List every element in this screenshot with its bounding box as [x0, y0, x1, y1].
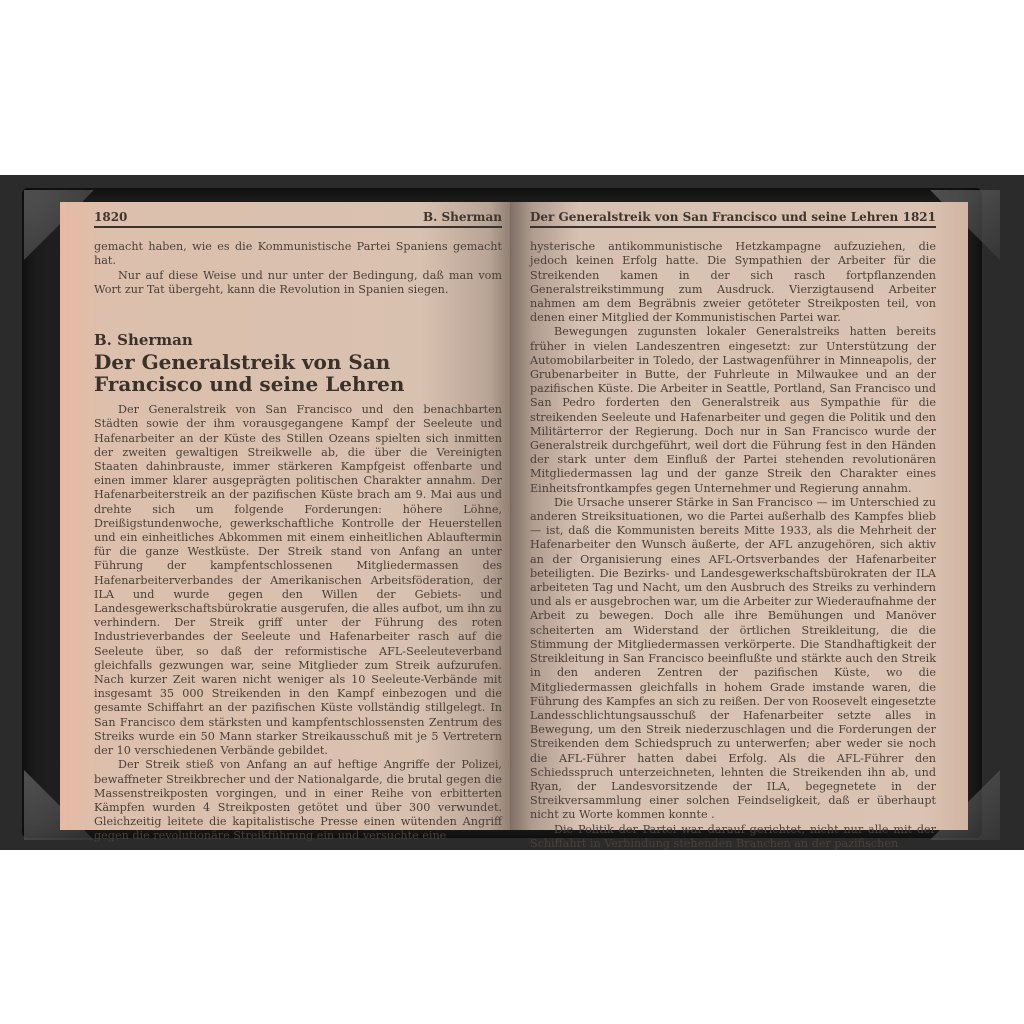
right-page: Der Generalstreik von San Francisco und … [510, 202, 968, 830]
left-page: 1820 B. Sherman gemacht haben, wie es di… [60, 202, 512, 830]
paragraph: Der Streik stieß von Anfang an auf hefti… [94, 758, 502, 843]
paragraph: Bewegungen zugunsten lokaler Generalstre… [530, 325, 936, 495]
paragraph: Nur auf diese Weise und nur unter der Be… [94, 269, 502, 297]
page-number: 1821 [903, 210, 936, 224]
running-head-title: B. Sherman [423, 210, 502, 224]
paragraph: Die Politik der Partei war darauf gerich… [530, 823, 936, 851]
paragraph: Der Generalstreik von San Francisco und … [94, 403, 502, 758]
page-number: 1820 [94, 210, 127, 224]
article-author: B. Sherman [94, 333, 502, 347]
paragraph: gemacht haben, wie es die Kommunistische… [94, 240, 502, 268]
article-title: Der Generalstreik von San Francisco und … [94, 351, 502, 395]
paragraph: hysterische antikommunistische Hetzkampa… [530, 240, 936, 325]
running-head-left: 1820 B. Sherman [94, 210, 502, 228]
paragraph: Die Ursache unserer Stärke in San Franci… [530, 496, 936, 823]
running-head-title: Der Generalstreik von San Francisco und … [530, 210, 898, 224]
running-head-right: Der Generalstreik von San Francisco und … [530, 210, 936, 228]
